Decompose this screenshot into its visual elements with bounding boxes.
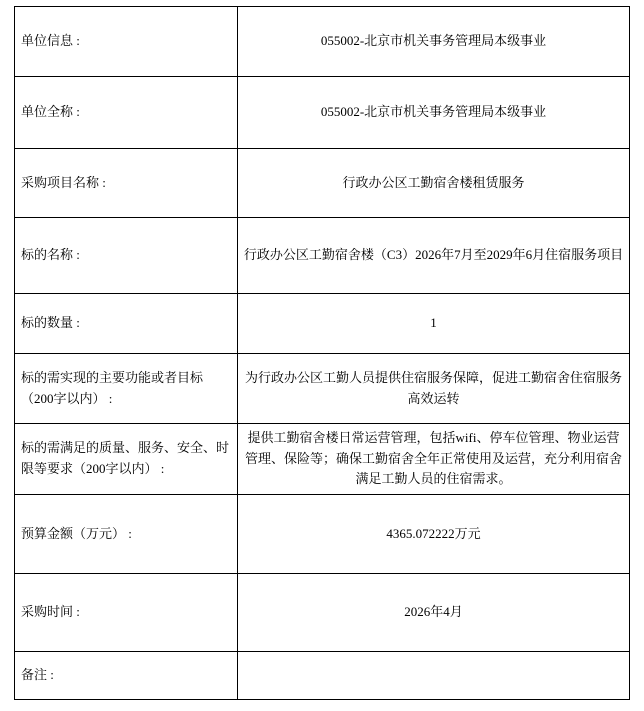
- row-label: 标的名称 :: [15, 218, 238, 294]
- row-value: 2026年4月: [238, 574, 630, 652]
- row-value: 行政办公区工勤宿舍楼租赁服务: [238, 149, 630, 218]
- row-value: 055002-北京市机关事务管理局本级事业: [238, 7, 630, 77]
- row-value: 4365.072222万元: [238, 495, 630, 574]
- row-label: 标的数量 :: [15, 294, 238, 354]
- table-row-subject-name: 标的名称 : 行政办公区工勤宿舍楼（C3）2026年7月至2029年6月住宿服务…: [15, 218, 630, 294]
- table-row-quality-requirements: 标的需满足的质量、服务、安全、时 限等要求（200字以内） : 提供工勤宿舍楼日…: [15, 424, 630, 495]
- table-row-budget-amount: 预算金额（万元） : 4365.072222万元: [15, 495, 630, 574]
- document-page: 单位信息 : 055002-北京市机关事务管理局本级事业 单位全称 : 0550…: [0, 0, 644, 711]
- row-label: 备注 :: [15, 652, 238, 700]
- row-value: 提供工勤宿舍楼日常运营管理，包括wifi、停车位管理、物业运营 管理、保险等；确…: [238, 424, 630, 495]
- row-label: 标的需实现的主要功能或者目标 （200字以内） :: [15, 354, 238, 424]
- row-label: 单位全称 :: [15, 77, 238, 149]
- procurement-info-table: 单位信息 : 055002-北京市机关事务管理局本级事业 单位全称 : 0550…: [14, 6, 630, 700]
- table-row-project-name: 采购项目名称 : 行政办公区工勤宿舍楼租赁服务: [15, 149, 630, 218]
- table-row-unit-info: 单位信息 : 055002-北京市机关事务管理局本级事业: [15, 7, 630, 77]
- row-value: [238, 652, 630, 700]
- row-label: 预算金额（万元） :: [15, 495, 238, 574]
- row-label: 标的需满足的质量、服务、安全、时 限等要求（200字以内） :: [15, 424, 238, 495]
- row-label: 采购项目名称 :: [15, 149, 238, 218]
- row-label: 采购时间 :: [15, 574, 238, 652]
- row-value: 为行政办公区工勤人员提供住宿服务保障，促进工勤宿舍住宿服务 高效运转: [238, 354, 630, 424]
- row-value: 1: [238, 294, 630, 354]
- table-row-main-functions: 标的需实现的主要功能或者目标 （200字以内） : 为行政办公区工勤人员提供住宿…: [15, 354, 630, 424]
- row-label: 单位信息 :: [15, 7, 238, 77]
- table-row-remarks: 备注 :: [15, 652, 630, 700]
- row-value: 055002-北京市机关事务管理局本级事业: [238, 77, 630, 149]
- row-value: 行政办公区工勤宿舍楼（C3）2026年7月至2029年6月住宿服务项目: [238, 218, 630, 294]
- table-row-subject-quantity: 标的数量 : 1: [15, 294, 630, 354]
- table-row-procurement-time: 采购时间 : 2026年4月: [15, 574, 630, 652]
- table-row-unit-full-name: 单位全称 : 055002-北京市机关事务管理局本级事业: [15, 77, 630, 149]
